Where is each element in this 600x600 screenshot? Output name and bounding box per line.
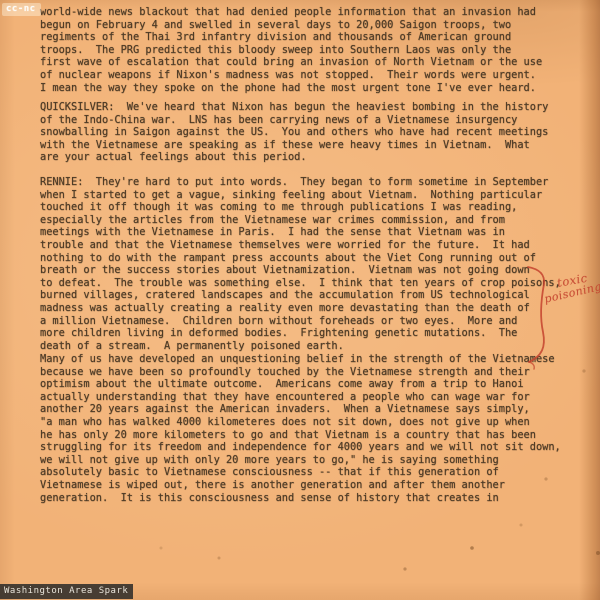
scanned-document-page: the Vietnamese described how the invasio…: [0, 0, 600, 600]
paragraph-quicksilver-question: QUICKSILVER: We've heard that Nixon has …: [40, 101, 548, 164]
credit-watermark: Washington Area Spark: [0, 584, 133, 599]
paragraph-laos-invasion: world-wide news blackout that had denied…: [40, 6, 542, 94]
partial-top-line: the Vietnamese described how the invasio…: [40, 0, 530, 5]
paragraph-rennie-answer: RENNIE: They're hard to put into words. …: [40, 176, 561, 352]
paragraph-vietnamese-strength: Many of us have developed an unquestioni…: [40, 353, 561, 504]
paper-specks: [0, 0, 2, 2]
cc-nc-license-badge: cc-nc: [2, 3, 41, 16]
